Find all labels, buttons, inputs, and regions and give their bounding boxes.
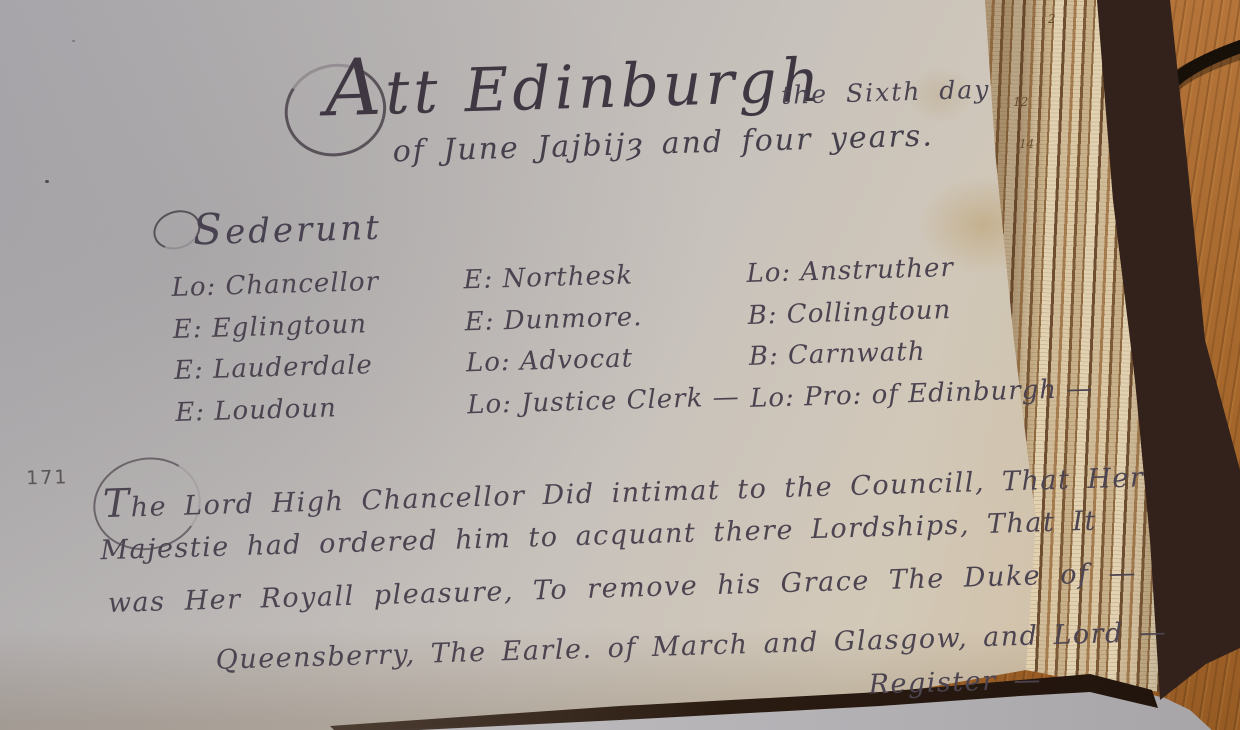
sederunt-entry: E: Lauderdale — [173, 345, 382, 393]
body-line-continuation: Register — — [868, 664, 1042, 700]
sederunt-entry: Lo: Chancellor — [171, 262, 380, 310]
margin-page-number: 171 — [26, 466, 69, 489]
sederunt-entry: E: Eglingtoun — [172, 303, 381, 351]
sederunt-entry: Lo: Justice Clerk — — [467, 377, 741, 427]
sederunt-column-2: E: Northesk E: Dunmore. Lo: Advocat Lo: … — [463, 252, 740, 426]
sederunt-column-3: Lo: Anstruther B: Collingtoun B: Carnwat… — [746, 244, 1094, 420]
manuscript-photo: 2 12 14 ⁄⁄⁄⁄⁄ Att Edinburgh the Sixth da… — [0, 0, 1240, 730]
heading-date-part1: the Sixth day — [781, 75, 991, 110]
sederunt-entry: E: Loudoun — [175, 386, 384, 434]
handwriting-layer: ⁄⁄⁄⁄⁄ Att Edinburgh the Sixth day of Jun… — [0, 0, 1240, 730]
heading-place: Att Edinburgh — [323, 30, 824, 135]
cropped-previous-line-strokes: ⁄⁄⁄⁄⁄ — [397, 0, 657, 6]
sederunt-title: Sederunt — [192, 201, 382, 256]
sederunt-column-1: Lo: Chancellor E: Eglingtoun E: Lauderda… — [171, 262, 383, 434]
body-line: was Her Royall pleasure, To remove his G… — [107, 558, 1137, 620]
